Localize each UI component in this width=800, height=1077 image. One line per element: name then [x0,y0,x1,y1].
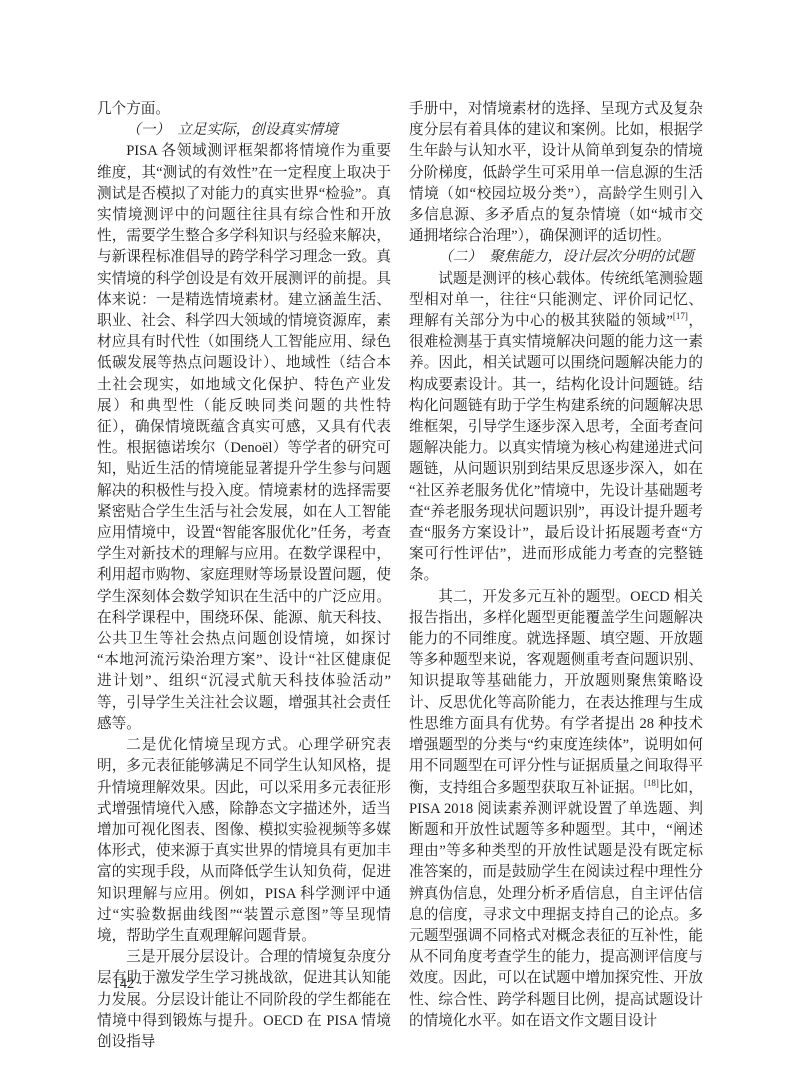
text-run: 三是开展分层设计。合理的情境复杂度分层有助于激发学生学习挑战欲，促进其认知能力发… [97,949,391,1050]
text-run: （一） 立足实际，创设真实情境 [126,122,338,138]
text-run: 其二，开发多元互补的题型。OECD 相关报告指出，多样化题型更能覆盖学生问题解决… [409,589,703,796]
text-run: ，很难检测基于真实情境解决问题的能力这一素养。因此，相关试题可以围绕问题解决能力… [409,313,703,583]
text-run: 比如，PISA 2018 阅读素养测评就设置了单选题、判断题和开放性试题等多种题… [409,780,703,1029]
text-columns: 几个方面。（一） 立足实际，创设真实情境PISA 各领域测评框架都将情境作为重要… [97,99,703,1053]
text-column-right: 手册中，对情境素材的选择、呈现方式及复杂度分层有着具体的建议和案例。比如，根据学… [409,99,703,1053]
text-column-left: 几个方面。（一） 立足实际，创设真实情境PISA 各领域测评框架都将情境作为重要… [97,99,391,1053]
citation-ref: [17] [673,311,688,321]
paragraph: 试题是测评的核心载体。传统纸笔测验题型相对单一，往往“只能测定、评价同记忆、理解… [409,269,703,587]
paragraph: 几个方面。 [97,99,391,120]
paragraph: 其二，开发多元互补的题型。OECD 相关报告指出，多样化题型更能覆盖学生问题解决… [409,587,703,1032]
text-run: 二是优化情境呈现方式。心理学研究表明，多元表征能够满足不同学生认知风格，提升情境… [97,737,391,944]
text-run: 几个方面。 [97,101,170,117]
text-run: （二） 聚焦能力，设计层次分明的试题 [438,249,693,265]
paragraph: 手册中，对情境素材的选择、呈现方式及复杂度分层有着具体的建议和案例。比如，根据学… [409,99,703,247]
citation-ref: [18] [644,778,659,788]
section-heading: （一） 立足实际，创设真实情境 [97,120,391,141]
text-run: 试题是测评的核心载体。传统纸笔测验题型相对单一，往往“只能测定、评价同记忆、理解… [409,271,703,329]
paragraph: 三是开展分层设计。合理的情境复杂度分层有助于激发学生学习挑战欲，促进其认知能力发… [97,947,391,1053]
section-heading: （二） 聚焦能力，设计层次分明的试题 [409,247,703,268]
page-number: · 142 · [104,976,143,993]
text-run: PISA 各领域测评框架都将情境作为重要维度，其“测试的有效性”在一定程度上取决… [97,143,391,731]
paragraph: PISA 各领域测评框架都将情境作为重要维度，其“测试的有效性”在一定程度上取决… [97,141,391,735]
paragraph: 二是优化情境呈现方式。心理学研究表明，多元表征能够满足不同学生认知风格，提升情境… [97,735,391,947]
text-run: 手册中，对情境素材的选择、呈现方式及复杂度分层有着具体的建议和案例。比如，根据学… [409,101,703,244]
document-page: 几个方面。（一） 立足实际，创设真实情境PISA 各领域测评框架都将情境作为重要… [0,0,800,1077]
